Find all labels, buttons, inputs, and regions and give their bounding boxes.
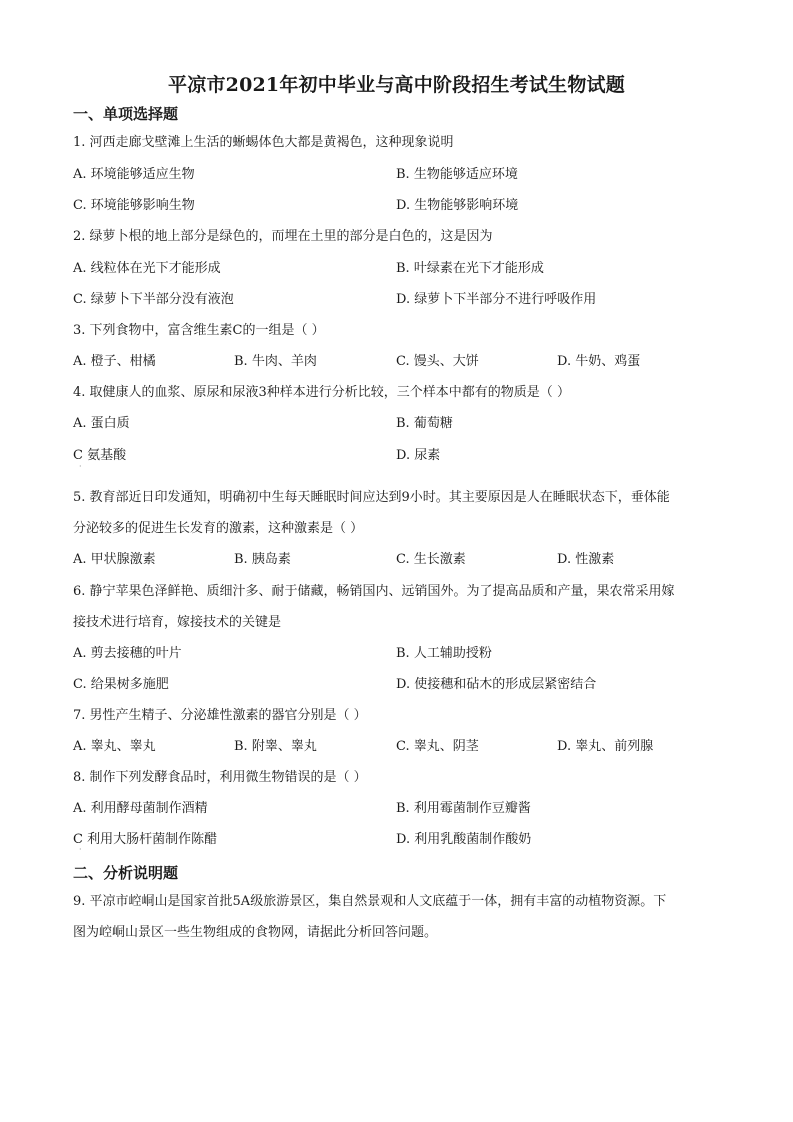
question-4-option-d: D. 尿素	[396, 444, 440, 463]
question-6-option-c: C. 给果树多施肥	[73, 673, 169, 692]
question-5-stem-line-2: 分泌较多的促进生长发育的激素，这种激素是（ ）	[73, 517, 363, 536]
question-8-option-d: D. 利用乳酸菌制作酸奶	[396, 828, 531, 847]
question-5-option-b: B. 胰岛素	[234, 548, 291, 567]
question-3-option-a: A. 橙子、柑橘	[73, 350, 156, 369]
question-3-option-c: C. 馒头、大饼	[396, 350, 479, 369]
question-5-option-c: C. 生长激素	[396, 548, 466, 567]
question-3-option-b: B. 牛肉、羊肉	[234, 350, 317, 369]
section-heading-analysis: 二、分析说明题	[73, 862, 178, 883]
question-1-option-d: D. 生物能够影响环境	[396, 194, 518, 213]
question-2-stem: 2. 绿萝卜根的地上部分是绿色的，而埋在土里的部分是白色的，这是因为	[73, 225, 493, 244]
stray-mark: ·	[79, 845, 82, 854]
question-7-option-b: B. 附睾、睾丸	[234, 735, 317, 754]
question-1-option-c: C. 环境能够影响生物	[73, 194, 195, 213]
question-3-stem: 3. 下列食物中，富含维生素C的一组是（ ）	[73, 319, 325, 338]
question-2-option-b: B. 叶绿素在光下才能形成	[396, 257, 544, 276]
question-6-stem-line-1: 6. 静宁苹果色泽鲜艳、质细汁多、耐于储藏，畅销国内、远销国外。为了提高品质和产…	[73, 580, 675, 599]
question-6-stem-line-2: 接技术进行培育，嫁接技术的关键是	[73, 611, 281, 630]
question-1-option-b: B. 生物能够适应环境	[396, 163, 518, 182]
question-2-option-d: D. 绿萝卜下半部分不进行呼吸作用	[396, 288, 596, 307]
question-9-stem-line-1: 9. 平凉市崆峒山是国家首批5A级旅游景区，集自然景观和人文底蕴于一体，拥有丰富…	[73, 890, 666, 909]
question-5-option-a: A. 甲状腺激素	[73, 548, 156, 567]
question-7-option-c: C. 睾丸、阴茎	[396, 735, 479, 754]
question-8-stem: 8. 制作下列发酵食品时，利用微生物错误的是（ ）	[73, 766, 367, 785]
question-7-option-d: D. 睾丸、前列腺	[557, 735, 653, 754]
question-1-option-a: A. 环境能够适应生物	[73, 163, 195, 182]
question-6-option-a: A. 剪去接穗的叶片	[73, 642, 182, 661]
question-5-stem-line-1: 5. 教育部近日印发通知，明确初中生每天睡眠时间应达到9小时。其主要原因是人在睡…	[73, 486, 670, 505]
question-4-option-b: B. 葡萄糖	[396, 412, 453, 431]
question-4-stem: 4. 取健康人的血浆、原尿和尿液3种样本进行分析比较，三个样本中都有的物质是（ …	[73, 381, 570, 400]
question-6-option-b: B. 人工辅助授粉	[396, 642, 492, 661]
question-1-stem: 1. 河西走廊戈壁滩上生活的蜥蜴体色大都是黄褐色，这种现象说明	[73, 131, 454, 150]
stray-mark: ·	[79, 462, 82, 471]
question-9-stem-line-2: 图为崆峒山景区一些生物组成的食物网，请据此分析回答问题。	[73, 921, 437, 940]
page-title: 平凉市2021年初中毕业与高中阶段招生考试生物试题	[0, 70, 793, 97]
question-2-option-a: A. 线粒体在光下才能形成	[73, 257, 221, 276]
question-7-stem: 7. 男性产生精子、分泌雄性激素的器官分别是（ ）	[73, 704, 367, 723]
question-8-option-c: C 利用大肠杆菌制作陈醋	[73, 828, 217, 847]
question-8-option-b: B. 利用霉菌制作豆瓣酱	[396, 797, 531, 816]
question-8-option-a: A. 利用酵母菌制作酒精	[73, 797, 208, 816]
question-4-option-a: A. 蛋白质	[73, 412, 130, 431]
question-4-option-c: C 氨基酸	[73, 444, 126, 463]
question-3-option-d: D. 牛奶、鸡蛋	[557, 350, 640, 369]
question-5-option-d: D. 性激素	[557, 548, 614, 567]
question-6-option-d: D. 使接穗和砧木的形成层紧密结合	[396, 673, 596, 692]
question-2-option-c: C. 绿萝卜下半部分没有液泡	[73, 288, 234, 307]
question-7-option-a: A. 睾丸、睾丸	[73, 735, 156, 754]
section-heading-single-choice: 一、单项选择题	[73, 103, 178, 124]
